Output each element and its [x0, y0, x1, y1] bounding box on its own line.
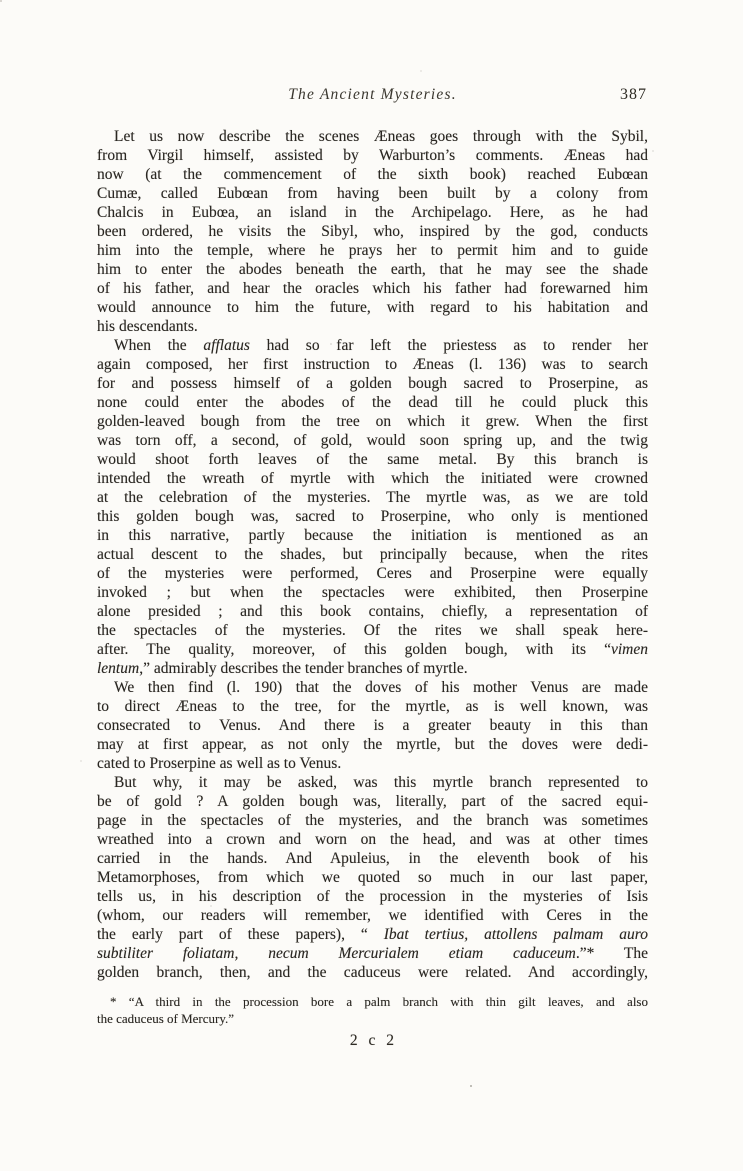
- page-number: 387: [620, 86, 647, 104]
- text-line: page in the spectacles of the mysteries,…: [97, 811, 648, 830]
- text-block: The Ancient Mysteries. 387 Let us now de…: [97, 86, 648, 1050]
- paragraph-2: When the afflatus had so far left the pr…: [97, 336, 648, 678]
- text-line: wreathed into a crown and worn on the he…: [97, 830, 648, 849]
- paragraph-4: But why, it may be asked, was this myrtl…: [97, 773, 648, 982]
- text-line: consecrated to Venus. And there is a gre…: [97, 716, 648, 735]
- text-line: the early part of these papers), “ Ibat …: [97, 925, 648, 944]
- text-line: of the mysteries were performed, Ceres a…: [97, 564, 648, 583]
- text-line: would shoot forth leaves of the same met…: [97, 450, 648, 469]
- text-line: Chalcis in Eubœa, an island in the Archi…: [97, 203, 648, 222]
- text-line: Let us now describe the scenes Æneas goe…: [97, 127, 648, 146]
- text-line: from Virgil himself, assisted by Warburt…: [97, 146, 648, 165]
- text-line: When the afflatus had so far left the pr…: [97, 336, 648, 355]
- text-line: golden-leaved bough from the tree on whi…: [97, 412, 648, 431]
- running-header-title: The Ancient Mysteries.: [97, 86, 648, 104]
- text-line: We then find (l. 190) that the doves of …: [97, 678, 648, 697]
- signature-mark: 2 c 2: [97, 1032, 648, 1050]
- text-line: now (at the commencement of the sixth bo…: [97, 165, 648, 184]
- text-line: Metamorphoses, from which we quoted so m…: [97, 868, 648, 887]
- text-line: in this narrative, partly because the in…: [97, 526, 648, 545]
- text-line: tells us, in his description of the proc…: [97, 887, 648, 906]
- text-line: of his father, and hear the oracles whic…: [97, 279, 648, 298]
- scan-noise: [0, 0, 2, 2]
- text-line: golden branch, then, and the caduceus we…: [97, 963, 648, 982]
- text-line: none could enter the abodes of the dead …: [97, 393, 648, 412]
- paragraph-1: Let us now describe the scenes Æneas goe…: [97, 127, 648, 336]
- text-line: the caduceus of Mercury.”: [97, 1011, 648, 1028]
- text-line: to direct Æneas to the tree, for the myr…: [97, 697, 648, 716]
- text-line: would announce to him the future, with r…: [97, 298, 648, 317]
- footnote: * “A third in the procession bore a palm…: [97, 994, 648, 1027]
- text-line: lentum,” admirably describes the tender …: [97, 659, 648, 678]
- text-line: this golden bough was, sacred to Proserp…: [97, 507, 648, 526]
- text-line: But why, it may be asked, was this myrtl…: [97, 773, 648, 792]
- text-line: his descendants.: [97, 317, 648, 336]
- text-line: after. The quality, moreover, of this go…: [97, 640, 648, 659]
- text-line: alone presided ; and this book contains,…: [97, 602, 648, 621]
- text-line: the spectacles of the mysteries. Of the …: [97, 621, 648, 640]
- text-line: Cumæ, called Eubœan from having been bui…: [97, 184, 648, 203]
- text-line: actual descent to the shades, but princi…: [97, 545, 648, 564]
- text-line: at the celebration of the mysteries. The…: [97, 488, 648, 507]
- page-body: Let us now describe the scenes Æneas goe…: [97, 127, 648, 982]
- running-header: The Ancient Mysteries. 387: [97, 86, 648, 107]
- text-line: (whom, our readers will remember, we ide…: [97, 906, 648, 925]
- text-line: * “A third in the procession bore a palm…: [97, 994, 648, 1011]
- text-line: subtiliter foliatam, necum Mercurialem e…: [97, 944, 648, 963]
- paragraph-3: We then find (l. 190) that the doves of …: [97, 678, 648, 773]
- text-line: again composed, her first instruction to…: [97, 355, 648, 374]
- text-line: intended the wreath of myrtle with which…: [97, 469, 648, 488]
- text-line: him to enter the abodes beneath the eart…: [97, 260, 648, 279]
- text-line: may at first appear, as not only the myr…: [97, 735, 648, 754]
- text-line: him into the temple, where he prays her …: [97, 241, 648, 260]
- text-line: been ordered, he visits the Sibyl, who, …: [97, 222, 648, 241]
- text-line: for and possess himself of a golden boug…: [97, 374, 648, 393]
- scanned-page: The Ancient Mysteries. 387 Let us now de…: [0, 0, 743, 1171]
- text-line: be of gold ? A golden bough was, literal…: [97, 792, 648, 811]
- text-line: cated to Proserpine as well as to Venus.: [97, 754, 648, 773]
- text-line: carried in the hands. And Apuleius, in t…: [97, 849, 648, 868]
- text-line: was torn off, a second, of gold, would s…: [97, 431, 648, 450]
- text-line: invoked ; but when the spectacles were e…: [97, 583, 648, 602]
